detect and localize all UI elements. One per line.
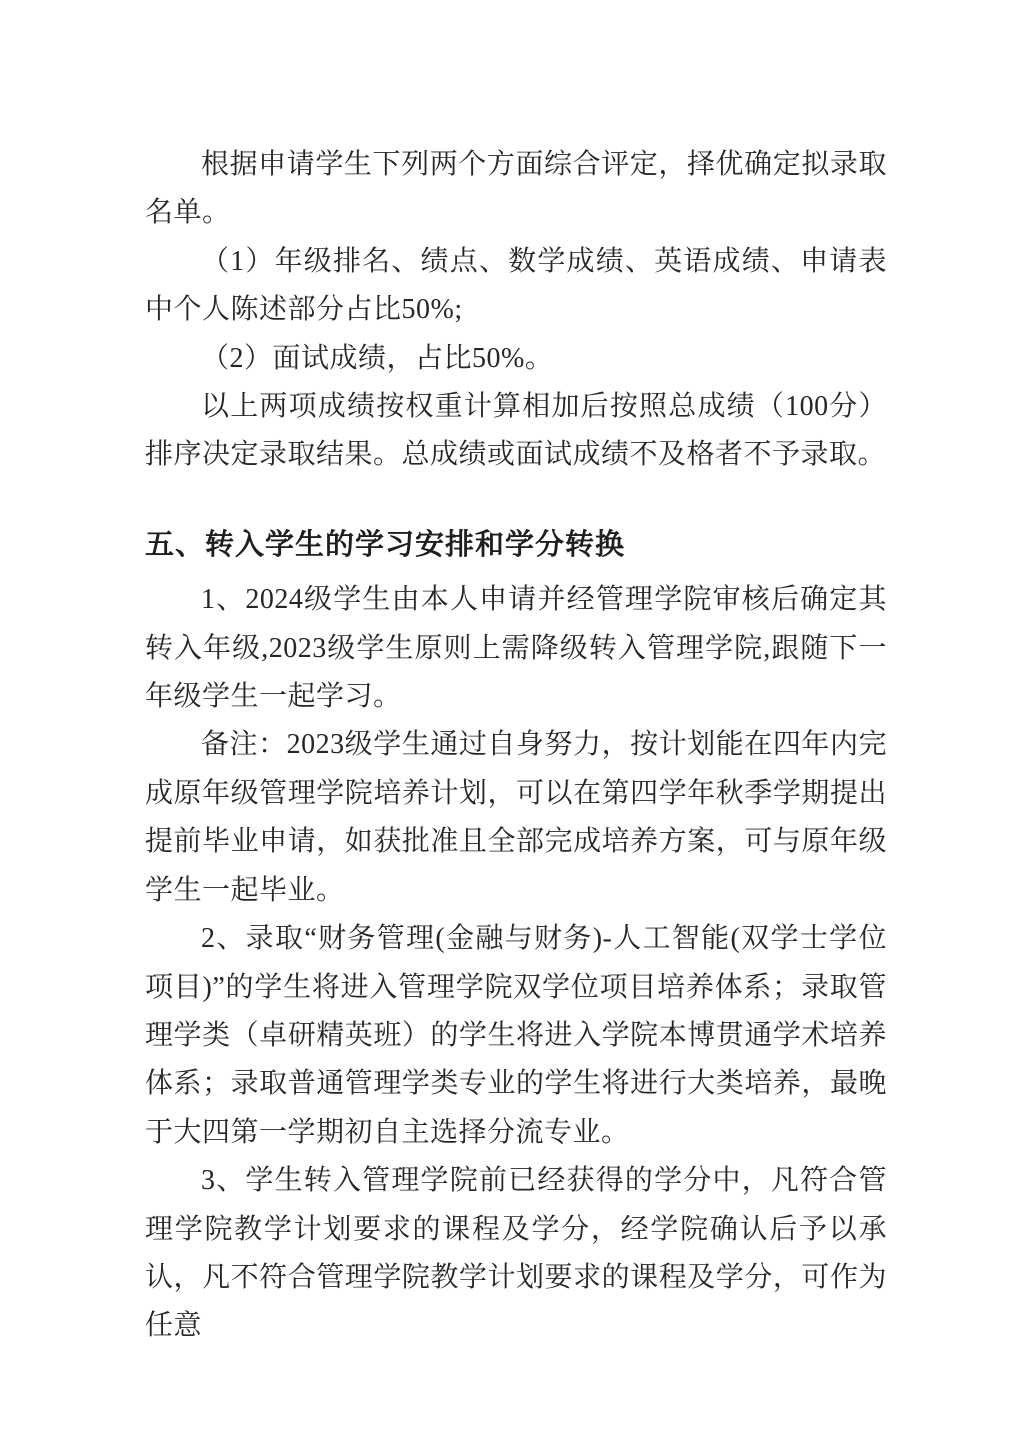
body-paragraph: 根据申请学生下列两个方面综合评定，择优确定拟录取名单。 (145, 141, 887, 238)
body-paragraph: 备注：2023级学生通过自身努力，按计划能在四年内完成原年级管理学院培养计划，可… (145, 721, 887, 915)
section-heading: 五、转入学生的学习安排和学分转换 (145, 521, 887, 569)
body-paragraph: 以上两项成绩按权重计算相加后按照总成绩（100分）排序决定录取结果。总成绩或面试… (145, 383, 887, 480)
body-paragraph: 3、学生转入管理学院前已经获得的学分中，凡符合管理学院教学计划要求的课程及学分，… (145, 1157, 887, 1351)
document-body: 根据申请学生下列两个方面综合评定，择优确定拟录取名单。（1）年级排名、绩点、数学… (145, 141, 887, 1351)
body-paragraph: （1）年级排名、绩点、数学成绩、英语成绩、申请表中个人陈述部分占比50%; (145, 238, 887, 335)
body-paragraph: 1、2024级学生由本人申请并经管理学院审核后确定其转入年级,2023级学生原则… (145, 576, 887, 721)
body-paragraph: （2）面试成绩，占比50%。 (145, 335, 887, 383)
body-paragraph: 2、录取“财务管理(金融与财务)-人工智能(双学士学位项目)”的学生将进入管理学… (145, 915, 887, 1157)
document-page: 根据申请学生下列两个方面综合评定，择优确定拟录取名单。（1）年级排名、绩点、数学… (0, 0, 1024, 1448)
